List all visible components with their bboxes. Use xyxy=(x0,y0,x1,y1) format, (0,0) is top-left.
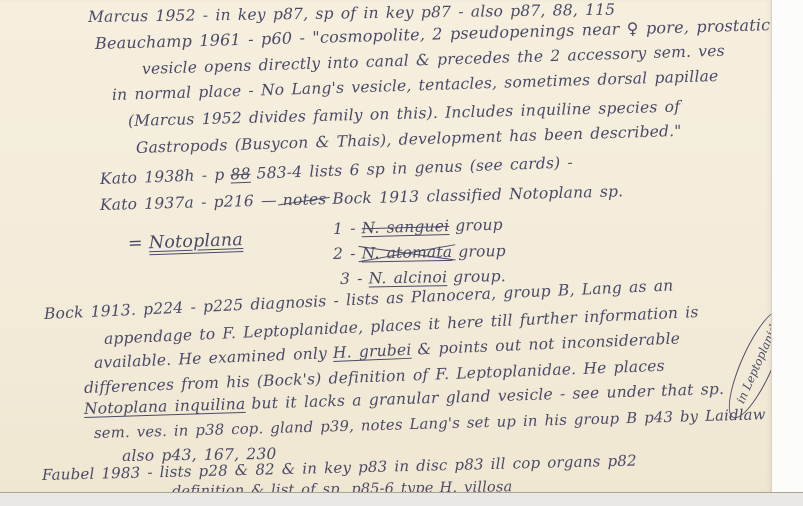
group2-species-crossed: N. atomata xyxy=(361,243,452,263)
scan-right-edge xyxy=(771,0,803,506)
group-item-1: 1 -N. sangueigroup xyxy=(333,216,503,238)
group3-word: group. xyxy=(453,267,506,286)
group1-word: group xyxy=(455,216,503,235)
equals-notoplana: =Notoplana xyxy=(128,230,244,254)
bock-examined-rest: & points out not inconsiderable xyxy=(417,329,680,358)
group2-number: 2 - xyxy=(333,245,356,263)
species-h-grubei: H. grubei xyxy=(333,341,412,362)
group3-species: N. alcinoi xyxy=(368,268,447,287)
kato1938-struck-page: 88 xyxy=(230,165,251,184)
scan-bottom-edge xyxy=(0,492,803,506)
line-kato-1938: Kato 1938h - p88583-4 lists 6 sp in genu… xyxy=(100,153,574,188)
kato1937-prefix: Kato 1937a - p216 — xyxy=(100,191,277,214)
group1-species-struck: N. sanguei xyxy=(361,217,449,237)
scanned-card-page: Marcus 1952 - in key p87, sp of in key p… xyxy=(0,0,803,506)
genus-notoplana-label: Notoplana xyxy=(149,230,244,255)
group1-number: 1 - xyxy=(333,219,356,238)
kato1938-rest: 583-4 lists 6 sp in genus (see cards) - xyxy=(256,153,573,182)
kato1937-arrowed-word: notes xyxy=(283,190,327,209)
line-kato-1937: Kato 1937a - p216 —notesBock 1913 classi… xyxy=(100,182,624,214)
kato1937-rest: Bock 1913 classified Notoplana sp. xyxy=(332,182,623,208)
group-item-2: 2 -N. atomatagroup xyxy=(333,242,506,263)
kato1938-prefix: Kato 1938h - p xyxy=(100,166,225,188)
equals-sign: = xyxy=(128,233,144,254)
species-notoplana-inquilina: Notoplana inquilina xyxy=(84,395,246,418)
group3-number: 3 - xyxy=(340,270,363,288)
group2-word: group xyxy=(458,242,506,261)
bock-examined-prefix: available. He examined only xyxy=(94,344,328,372)
index-card: Marcus 1952 - in key p87, sp of in key p… xyxy=(0,0,772,493)
